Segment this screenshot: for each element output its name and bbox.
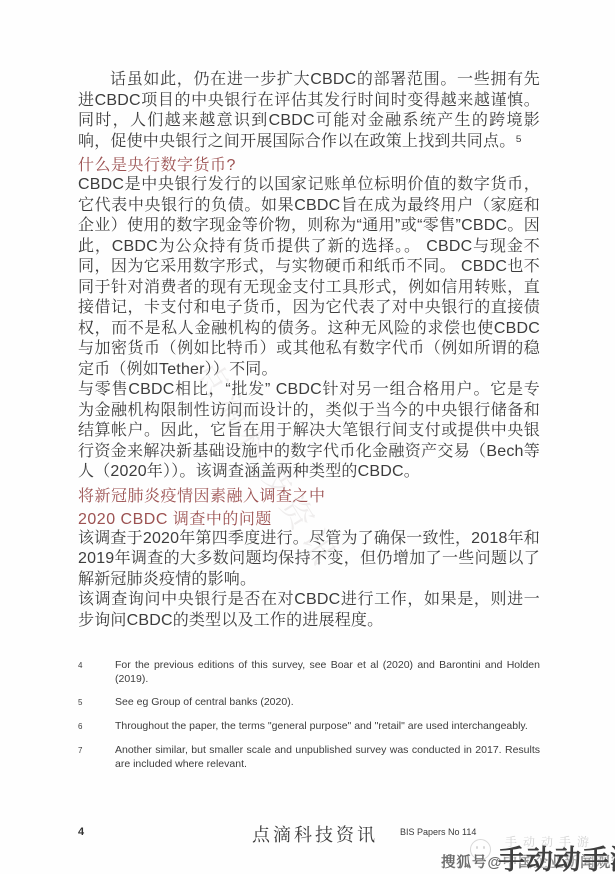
footnote-number: 6 bbox=[78, 719, 115, 734]
section-heading-2020-survey-questions: 2020 CBDC 调查中的问题 bbox=[78, 506, 540, 529]
paragraph-cbdc-deployment: 话虽如此，仍在进一步扩大CBDC的部署范围。一些拥有先进CBDC项目的中央银行在… bbox=[78, 70, 540, 152]
footnote-row: 4 For the previous editions of this surv… bbox=[78, 658, 540, 686]
footnote-text: For the previous editions of this survey… bbox=[115, 658, 540, 686]
paragraph-wholesale-cbdc: 与零售CBDC相比，“批发” CBDC针对另一组合格用户。它是专为金融机构限制性… bbox=[78, 380, 540, 483]
section-heading-what-is-cbdc: 什么是央行数字货币? bbox=[78, 152, 540, 175]
footnote-text: Another similar, but smaller scale and u… bbox=[115, 743, 540, 771]
paragraph-survey-questions: 该调查询问中央银行是否在对CBDC进行工作，如果是，则进一步询问CBDC的类型以… bbox=[78, 590, 540, 631]
footnote-row: 7 Another similar, but smaller scale and… bbox=[78, 743, 540, 771]
footnote-text: See eg Group of central banks (2020). bbox=[115, 695, 540, 710]
paragraph-survey-timing: 该调查于2020年第四季度进行。尽管为了确保一致性，2018年和2019年调查的… bbox=[78, 529, 540, 591]
page-number: 4 bbox=[78, 826, 84, 838]
section-heading-covid-factors: 将新冠肺炎疫情因素融入调查之中 bbox=[78, 483, 540, 506]
footnote-row: 6 Throughout the paper, the terms "gener… bbox=[78, 719, 540, 734]
footnote-text: Throughout the paper, the terms "general… bbox=[115, 719, 540, 734]
footnotes-block: 4 For the previous editions of this surv… bbox=[78, 658, 540, 771]
page-content: 话虽如此，仍在进一步扩大CBDC的部署范围。一些拥有先进CBDC项目的中央银行在… bbox=[78, 70, 540, 780]
paragraph-cbdc-definition: CBDC是中央银行发行的以国家记账单位标明价值的数字货币，它代表中央银行的负债。… bbox=[78, 175, 540, 380]
footer-paper-reference: BIS Papers No 114 bbox=[400, 827, 476, 837]
footnote-number: 4 bbox=[78, 658, 115, 686]
footnote-number: 5 bbox=[78, 695, 115, 710]
footnote-number: 7 bbox=[78, 743, 115, 771]
footnote-row: 5 See eg Group of central banks (2020). bbox=[78, 695, 540, 710]
footer-site-name: 点滴科技资讯 bbox=[252, 821, 378, 847]
document-page: 点滴科技资讯 话虽如此，仍在进一步扩大CBDC的部署范围。一些拥有先进CBDC项… bbox=[0, 0, 615, 874]
main-watermark-text: 手动动手游 bbox=[498, 838, 615, 874]
